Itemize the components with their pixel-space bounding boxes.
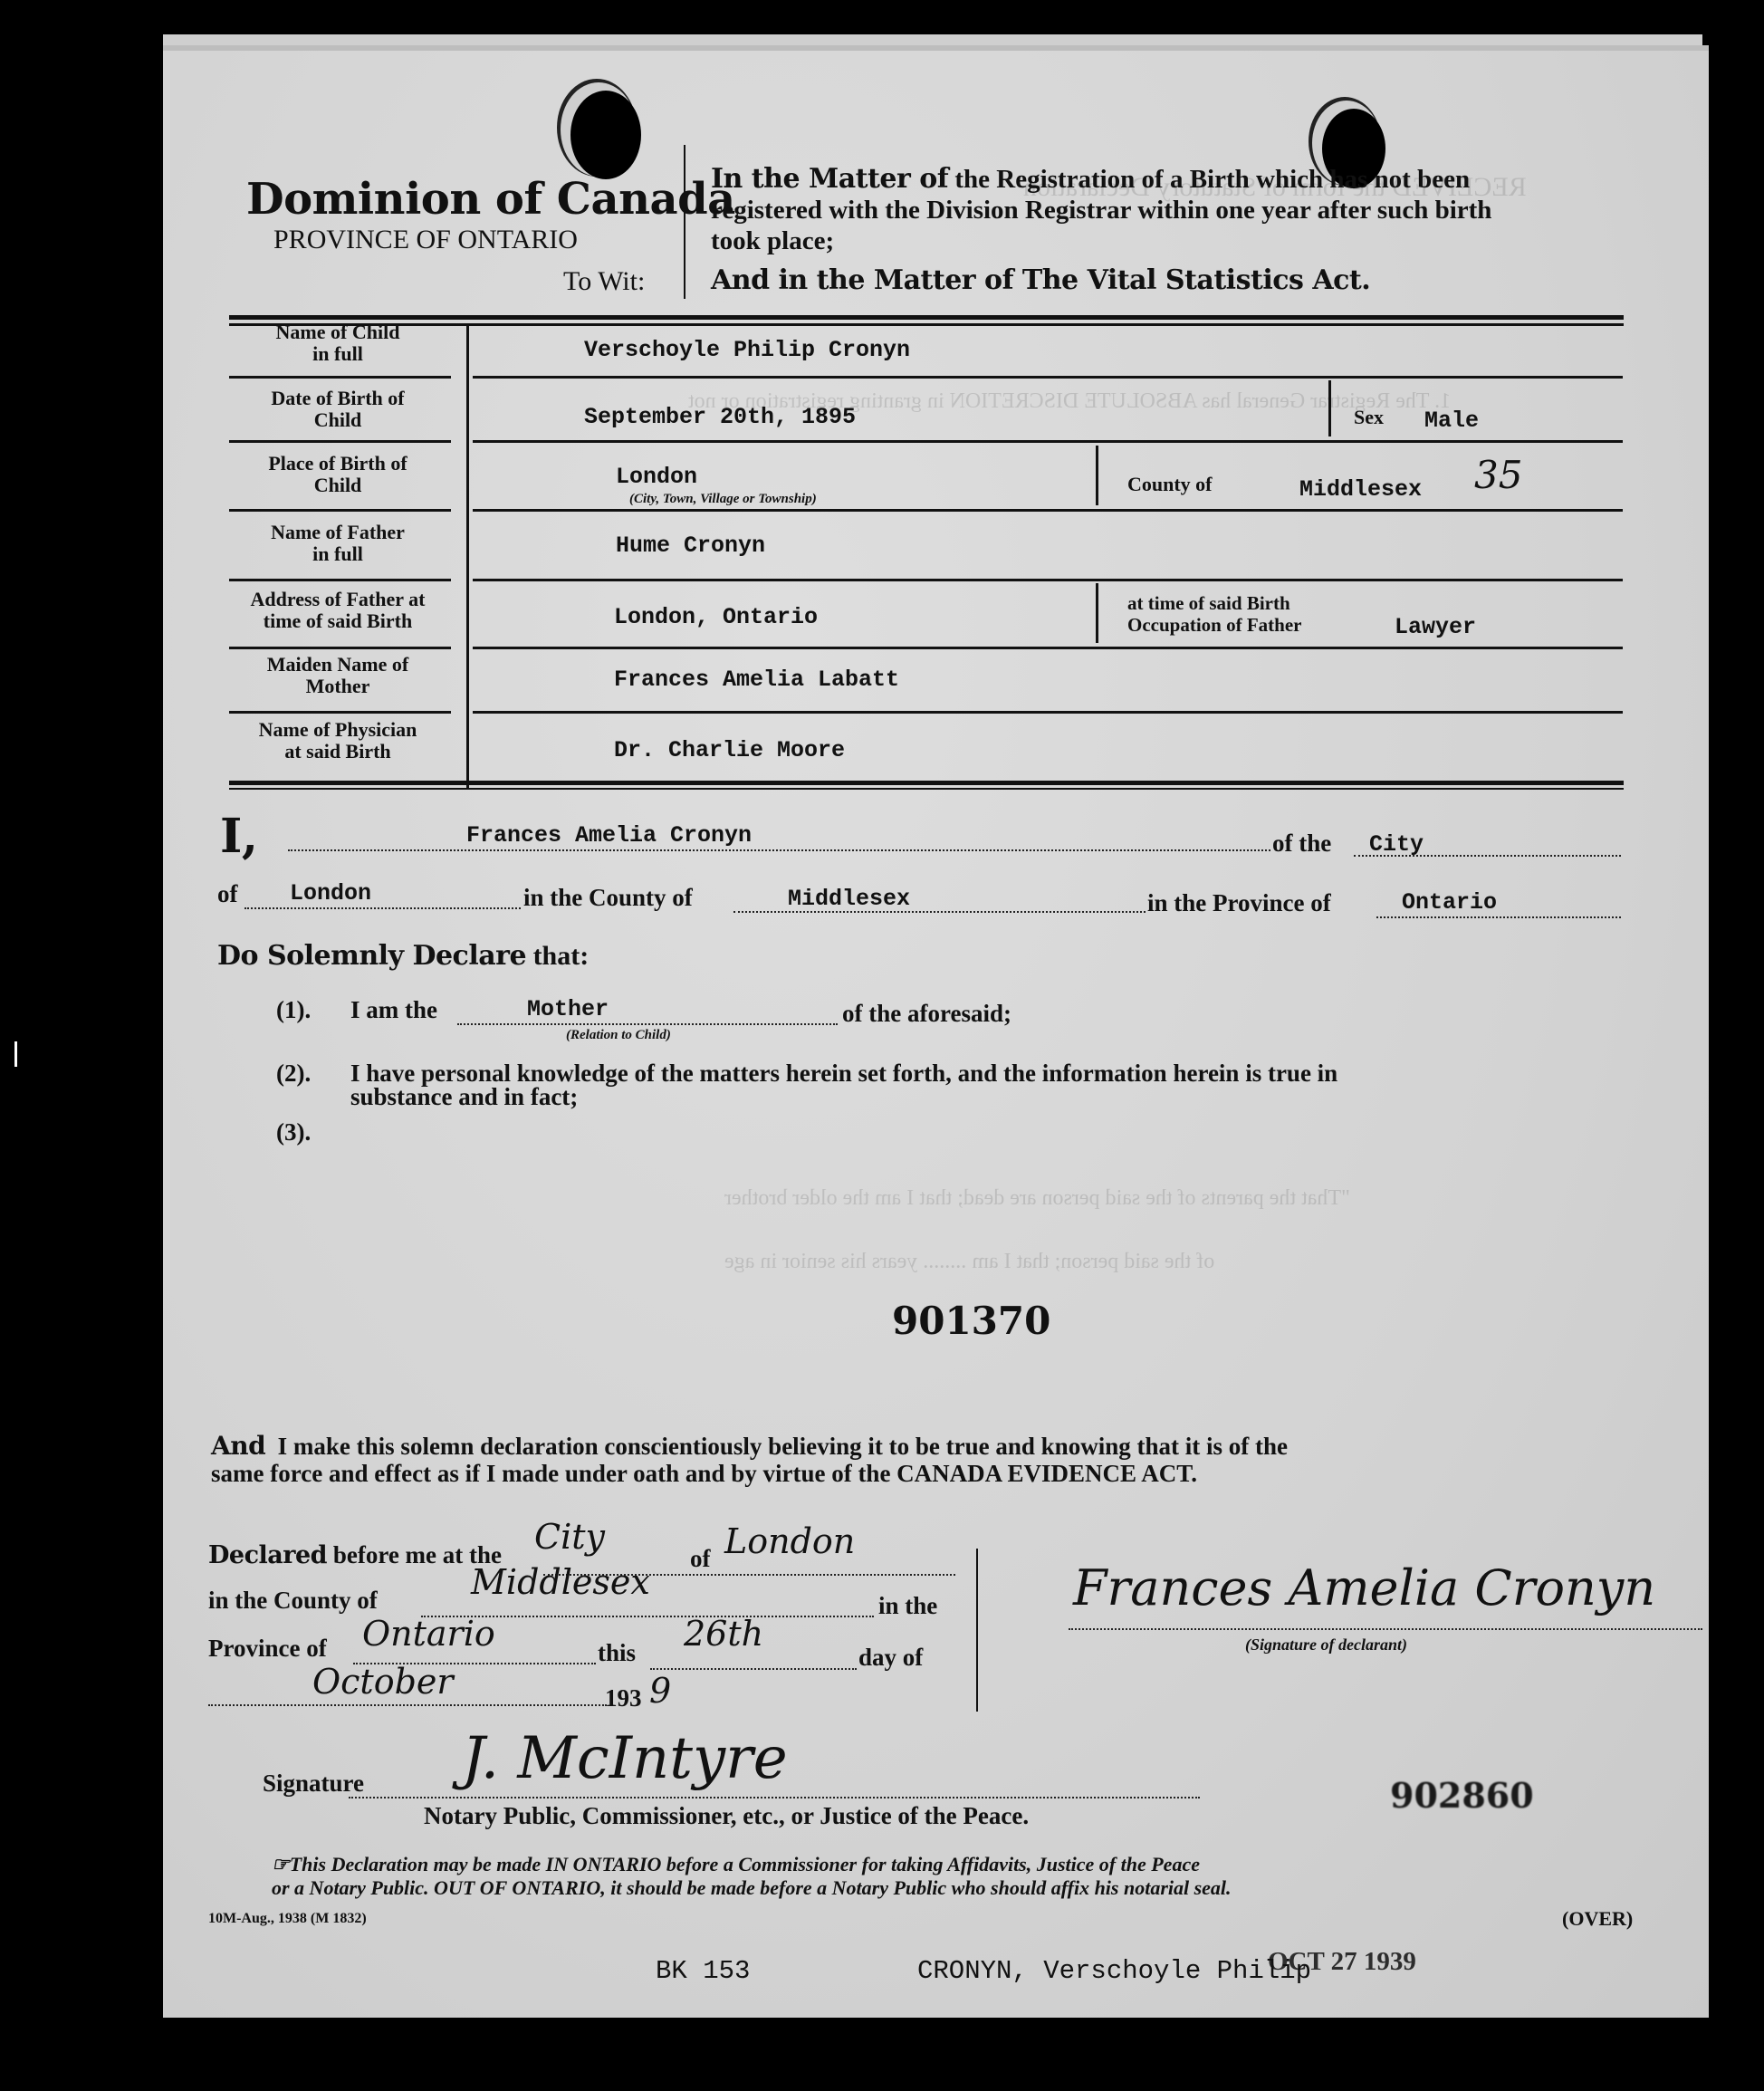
header-matter-line1: In the Matter of the Registration of a B… xyxy=(711,163,1470,195)
commissioner-caption: Notary Public, Commissioner, etc., or Ju… xyxy=(424,1802,1029,1830)
header-title: Dominion of Canada xyxy=(246,174,735,225)
of-label: of xyxy=(217,880,238,908)
declaration-i: I, xyxy=(220,809,257,864)
jurat-in-county-label: in the County of xyxy=(208,1587,378,1615)
province-line xyxy=(1376,916,1621,918)
solemnly-declare-line: Do Solemnly Declare that: xyxy=(217,940,589,972)
form-code: 10M-Aug., 1938 (M 1832) xyxy=(208,1911,367,1927)
item2-line2: substance and in fact; xyxy=(350,1083,578,1111)
handwritten-county-code: 35 xyxy=(1474,453,1522,497)
row-rule xyxy=(229,440,451,443)
row-rule xyxy=(229,509,451,512)
label-line: Date of Birth of xyxy=(229,388,446,409)
label-line: Mother xyxy=(229,676,446,697)
jurat-of-label: of xyxy=(690,1545,711,1573)
sex-label: Sex xyxy=(1354,406,1384,429)
header-matter-line2: registered with the Division Registrar w… xyxy=(711,196,1491,225)
place-caption: (City, Town, Village or Township) xyxy=(629,492,817,507)
closing-line2: same force and effect as if I made under… xyxy=(211,1460,1197,1488)
book-number: BK 153 xyxy=(656,1956,750,1986)
physician-value: Dr. Charlie Moore xyxy=(614,737,845,763)
declarant-signature-line xyxy=(1069,1628,1702,1630)
row-label-father-name: Name of Father in full xyxy=(229,522,446,565)
declarant-name-line xyxy=(288,849,1270,851)
header-province: PROVINCE OF ONTARIO xyxy=(273,225,578,255)
row-rule xyxy=(473,579,1623,581)
label-line: Name of Father xyxy=(229,522,446,543)
father-name-value: Hume Cronyn xyxy=(616,532,765,559)
jurat-brace xyxy=(976,1549,978,1712)
jurat-county: Middlesex xyxy=(471,1562,650,1602)
label-line: Name of Physician xyxy=(229,719,446,741)
header-act-line: And in the Matter of The Vital Statistic… xyxy=(711,264,1370,296)
item1-prefix: I am the xyxy=(350,996,437,1024)
bleed-through-text: "That the parents of the said person are… xyxy=(724,1186,1350,1211)
row-label-child-name: Name of Child in full xyxy=(229,321,446,365)
place-of-birth-value: London xyxy=(616,464,697,490)
registration-number: 901370 xyxy=(892,1299,1050,1343)
commissioner-signature: J. McIntyre xyxy=(462,1725,788,1792)
label-line: Maiden Name of xyxy=(229,654,446,676)
in-province-label: in the Province of xyxy=(1147,889,1331,917)
jurat-year-prefix: 193 xyxy=(605,1684,642,1712)
jurat-month-line xyxy=(208,1704,607,1706)
row-label-date-of-birth: Date of Birth of Child xyxy=(229,388,446,431)
jurat-province: Ontario xyxy=(362,1614,495,1654)
occupation-value: Lawyer xyxy=(1395,614,1476,640)
child-name-value: Verschoyle Philip Cronyn xyxy=(584,337,910,363)
table-bottom-rule xyxy=(229,781,1624,785)
row-label-place-of-birth: Place of Birth of Child xyxy=(229,453,446,496)
item1-suffix: of the aforesaid; xyxy=(842,1000,1011,1028)
relation-caption: (Relation to Child) xyxy=(566,1028,671,1043)
jurat-year-suffix: 9 xyxy=(649,1671,671,1711)
county-label: County of xyxy=(1127,473,1213,496)
row-rule xyxy=(473,711,1623,714)
solemnly-declare: Do Solemnly Declare xyxy=(217,940,526,972)
jurat-day-of-label: day of xyxy=(858,1644,923,1672)
label-line: Address of Father at xyxy=(229,589,446,610)
father-address-value: London, Ontario xyxy=(614,604,818,630)
scan-artifact xyxy=(14,1041,17,1067)
item2-number: (2). xyxy=(276,1060,311,1088)
jurat-this-label: this xyxy=(598,1639,636,1667)
relation-value: Mother xyxy=(527,996,609,1022)
that-label: that: xyxy=(533,941,590,971)
jurat-declared-line: Declared before me at the xyxy=(208,1541,502,1569)
table-bottom-rule-thin xyxy=(229,788,1624,790)
row-rule xyxy=(473,509,1623,512)
mother-maiden-name-value: Frances Amelia Labatt xyxy=(614,667,899,693)
row-label-physician: Name of Physician at said Birth xyxy=(229,719,446,763)
footer-note-line2: or a Notary Public. OUT OF ONTARIO, it s… xyxy=(272,1876,1232,1900)
row-rule xyxy=(473,647,1623,649)
closing-line1: And I make this solemn declaration consc… xyxy=(211,1431,1288,1461)
label-line: in full xyxy=(229,343,446,365)
punch-hole xyxy=(570,91,641,179)
declarant-signature-caption: (Signature of declarant) xyxy=(1245,1635,1407,1655)
item1-number: (1). xyxy=(276,996,311,1024)
label-line: in full xyxy=(229,543,446,565)
stamp-number: 902860 xyxy=(1390,1775,1534,1816)
jurat-place-type: City xyxy=(534,1517,605,1557)
matter-prefix: In the Matter of xyxy=(711,163,948,195)
municipality-line xyxy=(244,907,521,909)
row-rule xyxy=(229,711,451,714)
row-rule xyxy=(473,440,1623,443)
table-top-rule xyxy=(229,315,1624,320)
label-line: Child xyxy=(229,475,446,496)
note-text-1: This Declaration may be made IN ONTARIO … xyxy=(290,1853,1200,1875)
item3-number: (3). xyxy=(276,1118,311,1146)
county-value-declaration: Middlesex xyxy=(788,886,910,912)
header-to-wit: To Wit: xyxy=(563,266,645,297)
label-line: time of said Birth xyxy=(229,610,446,632)
matter-text: the Registration of a Birth which has no… xyxy=(954,165,1470,194)
received-date-stamp: OCT 27 1939 xyxy=(1268,1947,1416,1977)
commissioner-signature-line xyxy=(349,1797,1200,1798)
row-rule xyxy=(473,376,1623,379)
row-label-father-address: Address of Father at time of said Birth xyxy=(229,589,446,632)
jurat-province-label: Province of xyxy=(208,1635,327,1663)
indexed-name: CRONYN, Verschoyle Philip xyxy=(917,1956,1311,1986)
occupation-label-line: Occupation of Father xyxy=(1127,614,1301,636)
jurat-day-line xyxy=(650,1668,857,1670)
bleed-through-text: of the said person; that I am ........ y… xyxy=(724,1250,1214,1274)
jurat-day: 26th xyxy=(684,1614,763,1654)
declared-word: Declared xyxy=(208,1541,327,1569)
date-of-birth-value: September 20th, 1895 xyxy=(584,404,856,430)
province-value: Ontario xyxy=(1402,889,1497,916)
row-rule xyxy=(229,376,451,379)
signature-label: Signature xyxy=(263,1770,364,1798)
county-divider xyxy=(1096,446,1098,505)
table-column-divider xyxy=(466,326,469,788)
occupation-label: at time of said Birth Occupation of Fath… xyxy=(1127,592,1301,636)
declarant-name: Frances Amelia Cronyn xyxy=(466,822,752,849)
label-line: Child xyxy=(229,409,446,431)
header-brace xyxy=(684,145,685,299)
occupation-label-line: at time of said Birth xyxy=(1127,592,1301,614)
row-rule xyxy=(229,579,451,581)
jurat-place: London xyxy=(724,1521,855,1561)
label-line: at said Birth xyxy=(229,741,446,763)
of-the-label: of the xyxy=(1272,830,1331,858)
row-rule xyxy=(229,647,451,649)
pointing-hand-icon: ☞ xyxy=(272,1853,290,1875)
occupation-divider xyxy=(1096,583,1098,643)
relation-line xyxy=(457,1023,838,1025)
sex-divider xyxy=(1328,380,1331,436)
municipality-type-line xyxy=(1354,855,1621,857)
footer-note-line1: ☞This Declaration may be made IN ONTARIO… xyxy=(272,1853,1200,1876)
sex-value: Male xyxy=(1424,408,1479,434)
label-line: Name of Child xyxy=(229,321,446,343)
closing-and: And xyxy=(211,1431,265,1461)
header-matter-line3: took place; xyxy=(711,226,834,256)
county-value: Middlesex xyxy=(1299,476,1422,503)
jurat-month: October xyxy=(312,1662,454,1702)
label-line: Place of Birth of xyxy=(229,453,446,475)
row-label-mother-maiden-name: Maiden Name of Mother xyxy=(229,654,446,697)
closing-text-1: I make this solemn declaration conscient… xyxy=(278,1433,1288,1460)
over-label: (OVER) xyxy=(1562,1907,1633,1931)
jurat-in-the-label: in the xyxy=(878,1592,937,1620)
municipality-value: London xyxy=(290,880,371,906)
declarant-signature: Frances Amelia Cronyn xyxy=(1073,1559,1655,1616)
in-county-label: in the County of xyxy=(523,884,693,912)
municipality-type-value: City xyxy=(1369,831,1424,858)
